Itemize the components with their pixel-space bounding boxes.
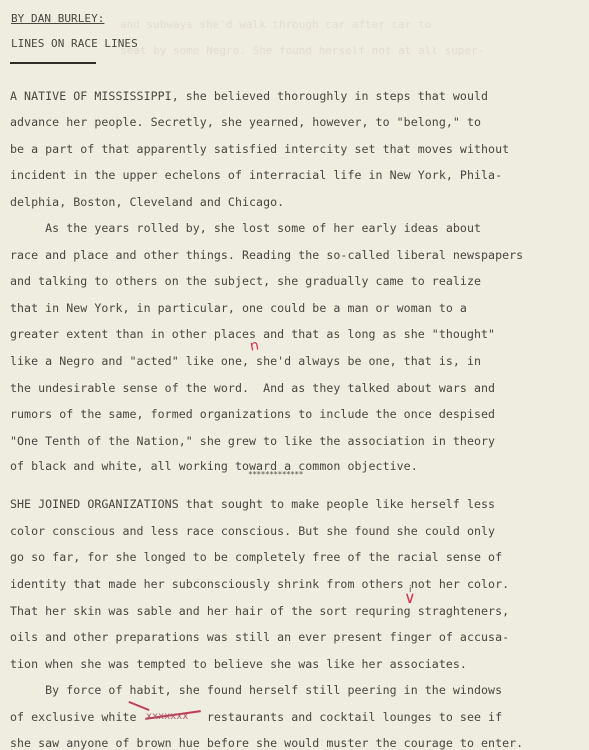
title-rule <box>10 62 96 64</box>
text-line: she saw anyone of brown hue before she w… <box>10 736 523 750</box>
text-line: SHE JOINED ORGANIZATIONS that sought to … <box>10 497 495 511</box>
text-line: rumors of the same, formed organizations… <box>10 407 495 421</box>
text-line: identity that made her subconsciously sh… <box>10 577 509 591</box>
bleed-through-text: and subways she'd walk through car after… <box>120 18 431 31</box>
text-line: race and place and other things. Reading… <box>10 248 523 262</box>
text-line: As the years rolled by, she lost some of… <box>10 221 481 235</box>
text-line: color conscious and less race conscious.… <box>10 524 495 538</box>
text-line: delphia, Boston, Cleveland and Chicago. <box>10 195 284 209</box>
text-line: be a part of that apparently satisfied i… <box>10 142 509 156</box>
text-line: the undesirable sense of the word. And a… <box>10 381 495 395</box>
struck-word: xxxxxxx <box>146 710 189 724</box>
text-line: and talking to others on the subject, sh… <box>10 274 481 288</box>
text-line: of exclusive white restaurants and cockt… <box>10 710 502 724</box>
section-divider: ************* <box>248 470 303 479</box>
byline: BY DAN BURLEY: <box>11 12 104 26</box>
text-line: tion when she was tempted to believe she… <box>10 657 467 671</box>
column-title: LINES ON RACE LINES <box>11 37 138 51</box>
text-line: That her skin was sable and her hair of … <box>10 604 509 618</box>
text-line: advance her people. Secretly, she yearne… <box>10 115 481 129</box>
inserted-letter: i <box>409 585 412 595</box>
text-line: of black and white, all working toward a… <box>10 459 418 473</box>
text-line: A NATIVE OF MISSISSIPPI, she believed th… <box>10 89 488 103</box>
text-line: go so far, for she longed to be complete… <box>10 550 502 564</box>
text-line: oils and other preparations was still an… <box>10 630 509 644</box>
text-line: like a Negro and "acted" like one, she'd… <box>10 354 481 368</box>
text-line: incident in the upper echelons of interr… <box>10 168 502 182</box>
typewritten-page: and subways she'd walk through car after… <box>0 0 589 750</box>
bleed-through-text: seat by some Negro. She found herself no… <box>120 44 484 57</box>
text-line: that in New York, in particular, one cou… <box>10 301 467 315</box>
text-line: "One Tenth of the Nation," she grew to l… <box>10 434 495 448</box>
text-line: By force of habit, she found herself sti… <box>10 683 502 697</box>
